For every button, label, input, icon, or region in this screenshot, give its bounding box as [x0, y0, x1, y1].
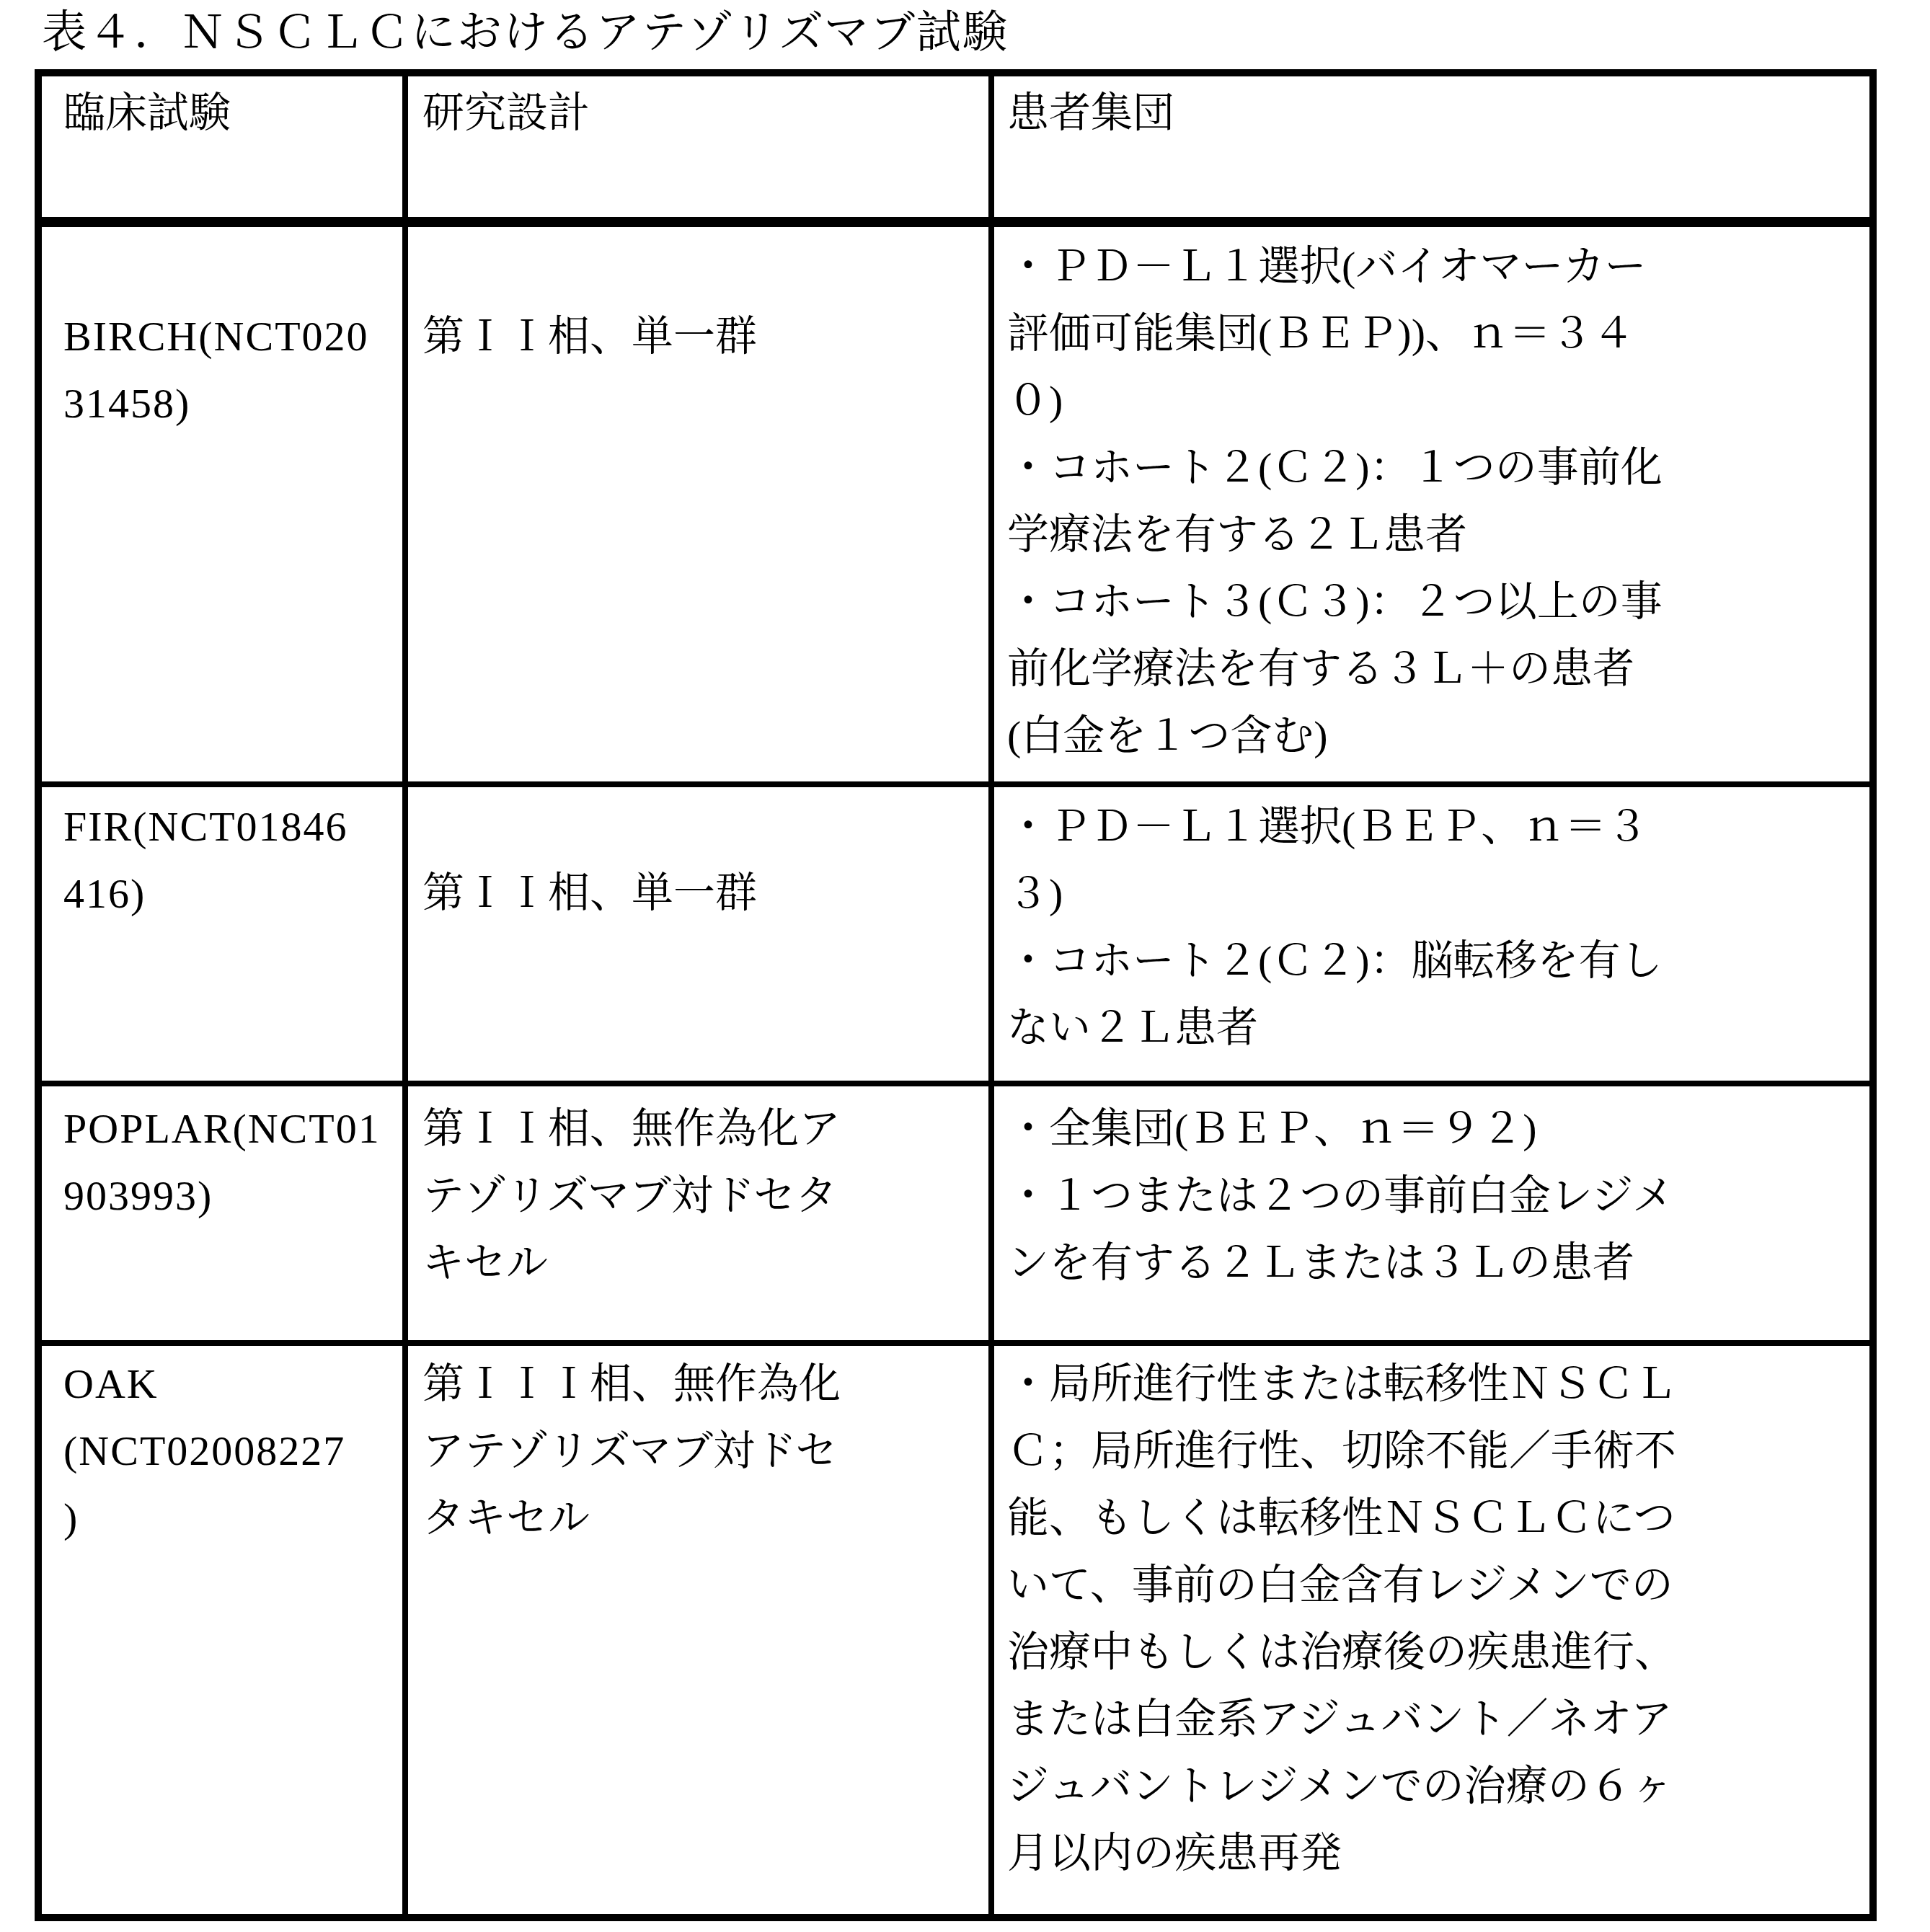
poplar-study-design: 第ＩＩ相、無作為化ア テゾリズマブ対ドセタ キセル [405, 1084, 991, 1343]
header-study-design: 研究設計 [405, 73, 991, 222]
table-row-poplar: POPLAR(NCT01 903993) 第ＩＩ相、無作為化ア テゾリズマブ対ド… [38, 1084, 1873, 1343]
fir-study-design: 第ＩＩ相、単一群 [405, 784, 991, 1084]
oak-patient-population: ・局所進行性または転移性ＮＳＣＬ Ｃ；局所進行性、切除不能／手術不 能、もしくは… [991, 1343, 1873, 1918]
fir-trial-name: FIR(NCT01846 416) [38, 784, 405, 1084]
clinical-trials-table: 臨床試験 研究設計 患者集団 BIRCH(NCT020 31458) 第ＩＩ相、… [35, 69, 1877, 1921]
header-row: 臨床試験 研究設計 患者集団 [38, 73, 1873, 222]
table-row-fir: FIR(NCT01846 416) 第ＩＩ相、単一群 ・ＰＤ－Ｌ１選択(ＢＥＰ、… [38, 784, 1873, 1084]
table-row-birch: BIRCH(NCT020 31458) 第ＩＩ相、単一群 ・ＰＤ－Ｌ１選択(バイ… [38, 222, 1873, 784]
table-row-oak: OAK (NCT02008227 ) 第ＩＩＩ相、無作為化 アテゾリズマブ対ドセ… [38, 1343, 1873, 1918]
fir-patient-population: ・ＰＤ－Ｌ１選択(ＢＥＰ、ｎ＝３ ３) ・コホート２(Ｃ２)：脳転移を有し ない… [991, 784, 1873, 1084]
birch-study-design: 第ＩＩ相、単一群 [405, 222, 991, 784]
oak-trial-name: OAK (NCT02008227 ) [38, 1343, 405, 1918]
birch-patient-population: ・ＰＤ－Ｌ１選択(バイオマーカー 評価可能集団(ＢＥＰ))、ｎ＝３４ ０) ・コ… [991, 222, 1873, 784]
poplar-trial-name: POPLAR(NCT01 903993) [38, 1084, 405, 1343]
poplar-patient-population: ・全集団(ＢＥＰ、ｎ＝９２) ・１つまたは２つの事前白金レジメ ンを有する２Ｌま… [991, 1084, 1873, 1343]
table-caption: 表４．ＮＳＣＬＣにおけるアテゾリズマブ試験 [42, 4, 1009, 62]
document-page: 表４．ＮＳＣＬＣにおけるアテゾリズマブ試験 臨床試験 研究設計 患者集団 BIR… [0, 0, 1930, 1932]
birch-trial-name: BIRCH(NCT020 31458) [38, 222, 405, 784]
header-patient-population: 患者集団 [991, 73, 1873, 222]
oak-study-design: 第ＩＩＩ相、無作為化 アテゾリズマブ対ドセ タキセル [405, 1343, 991, 1918]
header-clinical-trial: 臨床試験 [38, 73, 405, 222]
